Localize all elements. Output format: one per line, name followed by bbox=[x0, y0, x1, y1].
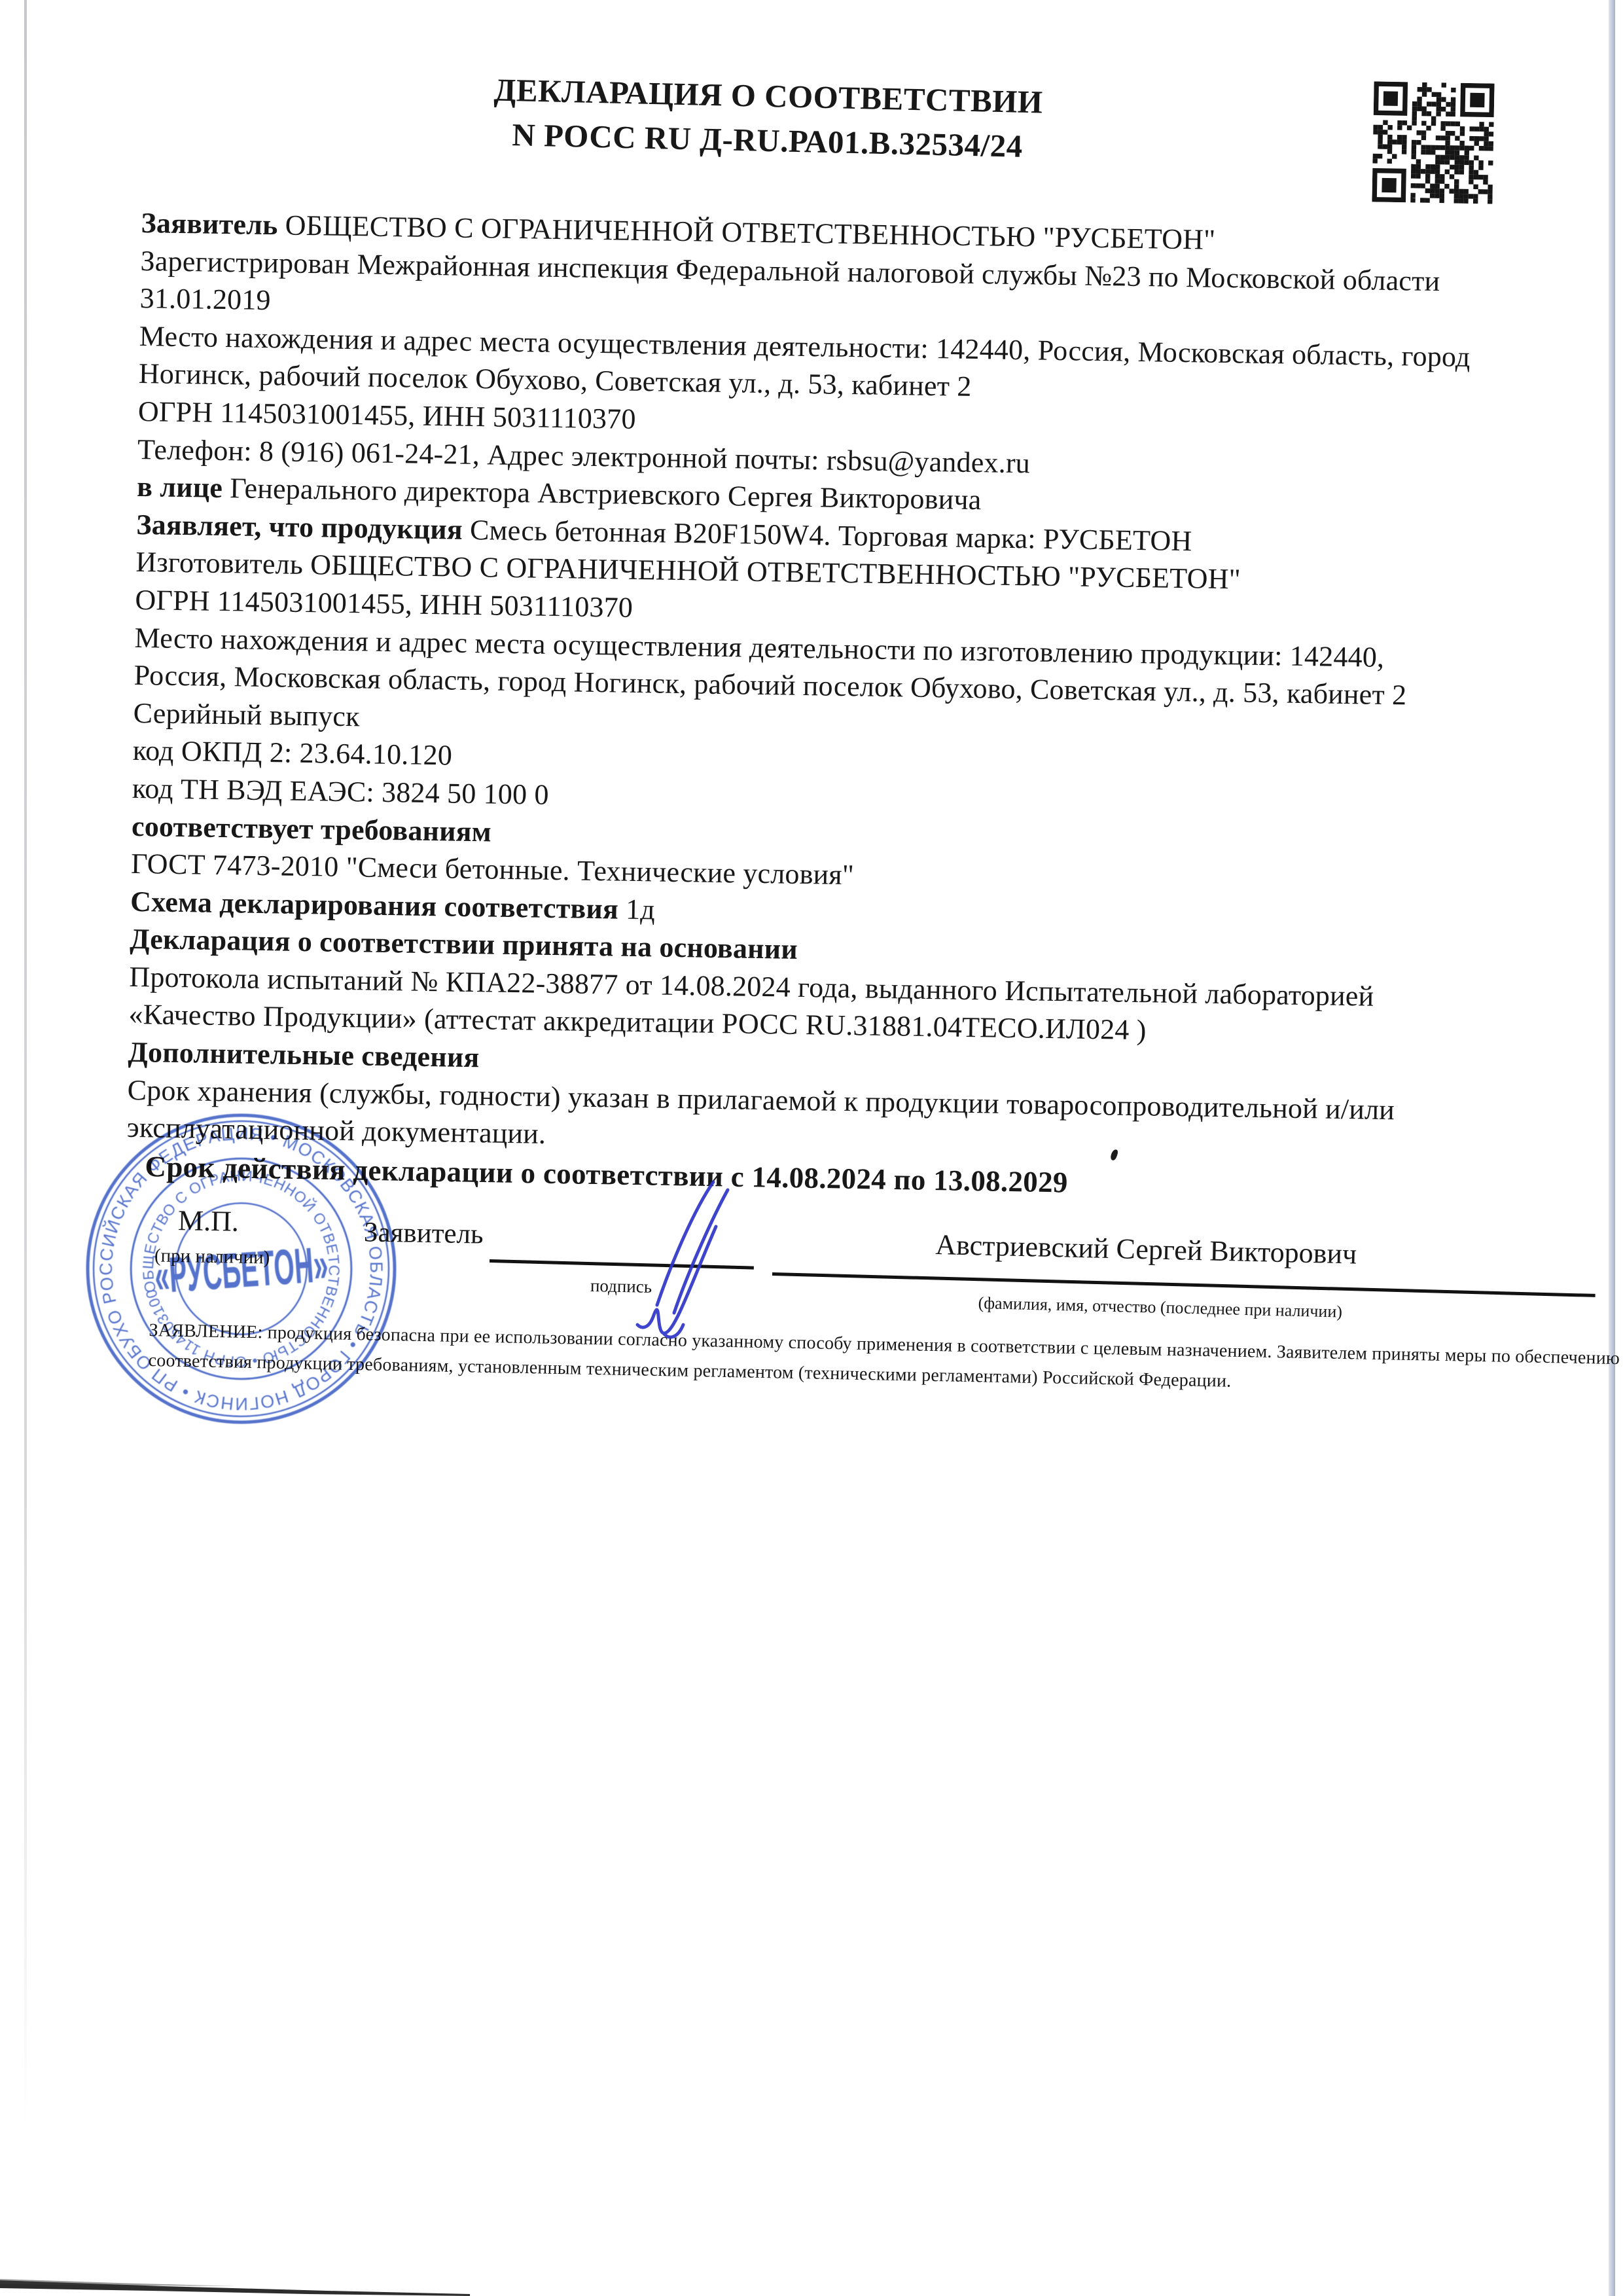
scan-artifact-right-edge bbox=[1609, 0, 1615, 2296]
company-stamp: РОССИЙСКАЯ ФЕДЕРАЦИЯ • МОСКОВСКАЯ ОБЛАСТ… bbox=[84, 1111, 399, 1426]
line-bold: соответствует требованиям bbox=[132, 810, 492, 848]
line-bold: Заявитель bbox=[141, 207, 278, 241]
line-text: код ОКПД 2: 23.64.10.120 bbox=[133, 734, 453, 772]
handwritten-signature bbox=[623, 1175, 760, 1342]
scanned-declaration-page: { "colors": { "ink": "#181818", "stamp_b… bbox=[0, 0, 1623, 2296]
qr-code-image bbox=[1372, 81, 1494, 204]
line-text: код ТН ВЭД ЕАЭС: 3824 50 100 0 bbox=[132, 772, 550, 811]
signer-name: Австриевский Сергей Викторович bbox=[935, 1228, 1357, 1271]
line-text: Серийный выпуск bbox=[133, 697, 360, 732]
line-bold: Дополнительные сведения bbox=[128, 1036, 480, 1073]
line-text: ОГРН 1145031001455, ИНН 5031110370 bbox=[138, 395, 636, 435]
line-text: ОГРН 1145031001455, ИНН 5031110370 bbox=[135, 584, 633, 624]
line-text: 31.01.2019 bbox=[139, 282, 271, 316]
scan-artifact-bottom-strip bbox=[0, 2276, 471, 2296]
line-bold: Схема декларирования соответствия bbox=[130, 886, 619, 925]
scan-artifact-left-line bbox=[24, 0, 27, 2127]
line-bold: Заявляет, что продукция bbox=[136, 509, 463, 546]
document-title: ДЕКЛАРАЦИЯ О СООТВЕТСТВИИ N РОСС RU Д-RU… bbox=[450, 67, 1086, 170]
name-rule-line bbox=[772, 1272, 1596, 1297]
line-text: 1д bbox=[618, 893, 656, 925]
stamp-center-text: «РУСБЕТОН» bbox=[152, 1236, 330, 1304]
line-bold: в лице bbox=[137, 471, 223, 504]
document-body: Заявитель ОБЩЕСТВО С ОГРАНИЧЕННОЙ ОТВЕТС… bbox=[126, 204, 1472, 1168]
qr-code bbox=[1372, 81, 1494, 204]
name-caption: (фамилия, имя, отчество (последнее при н… bbox=[978, 1293, 1342, 1322]
